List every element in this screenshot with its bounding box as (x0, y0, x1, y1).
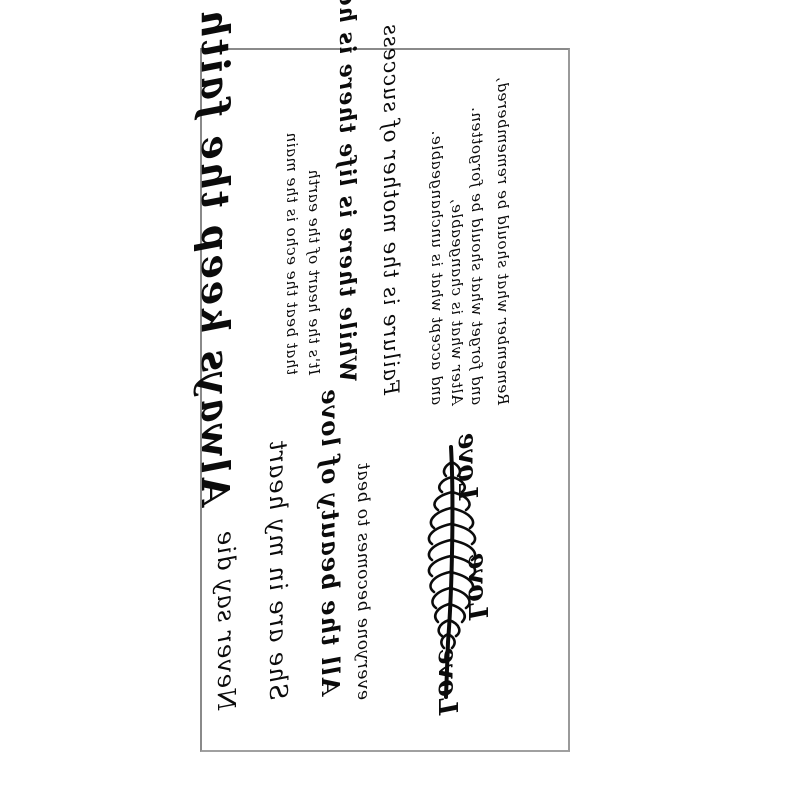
hope-line: While there is life there is hope (334, 0, 360, 382)
beauty-of-love-line: All the beauty of love (316, 388, 345, 695)
quote-line-2: and forget what should be forgotten. (468, 107, 486, 405)
failure-line: Failure is the mother of success (379, 23, 403, 395)
mini-word-3: Love (432, 648, 462, 715)
in-my-heart-line: She are in my heart (264, 440, 292, 700)
heart-of-earth-line-1: It's the heart of the earth (305, 169, 323, 375)
never-say-die-line: Never say die (212, 530, 240, 710)
quote-line-1: Remember what should be remembered, (494, 77, 512, 405)
everyone-line: everyone becomes to beat (353, 463, 373, 701)
mini-word-2: Love (462, 553, 492, 620)
heart-of-earth-line-2: that beat the echo is the main (283, 132, 301, 375)
quote-line-4: and accept what is unchangeable. (428, 130, 446, 405)
mini-word-1: Love (452, 433, 482, 500)
faith-line: Always keep the faith (193, 7, 238, 505)
quote-line-3: Alter what is changeable, (448, 198, 466, 405)
